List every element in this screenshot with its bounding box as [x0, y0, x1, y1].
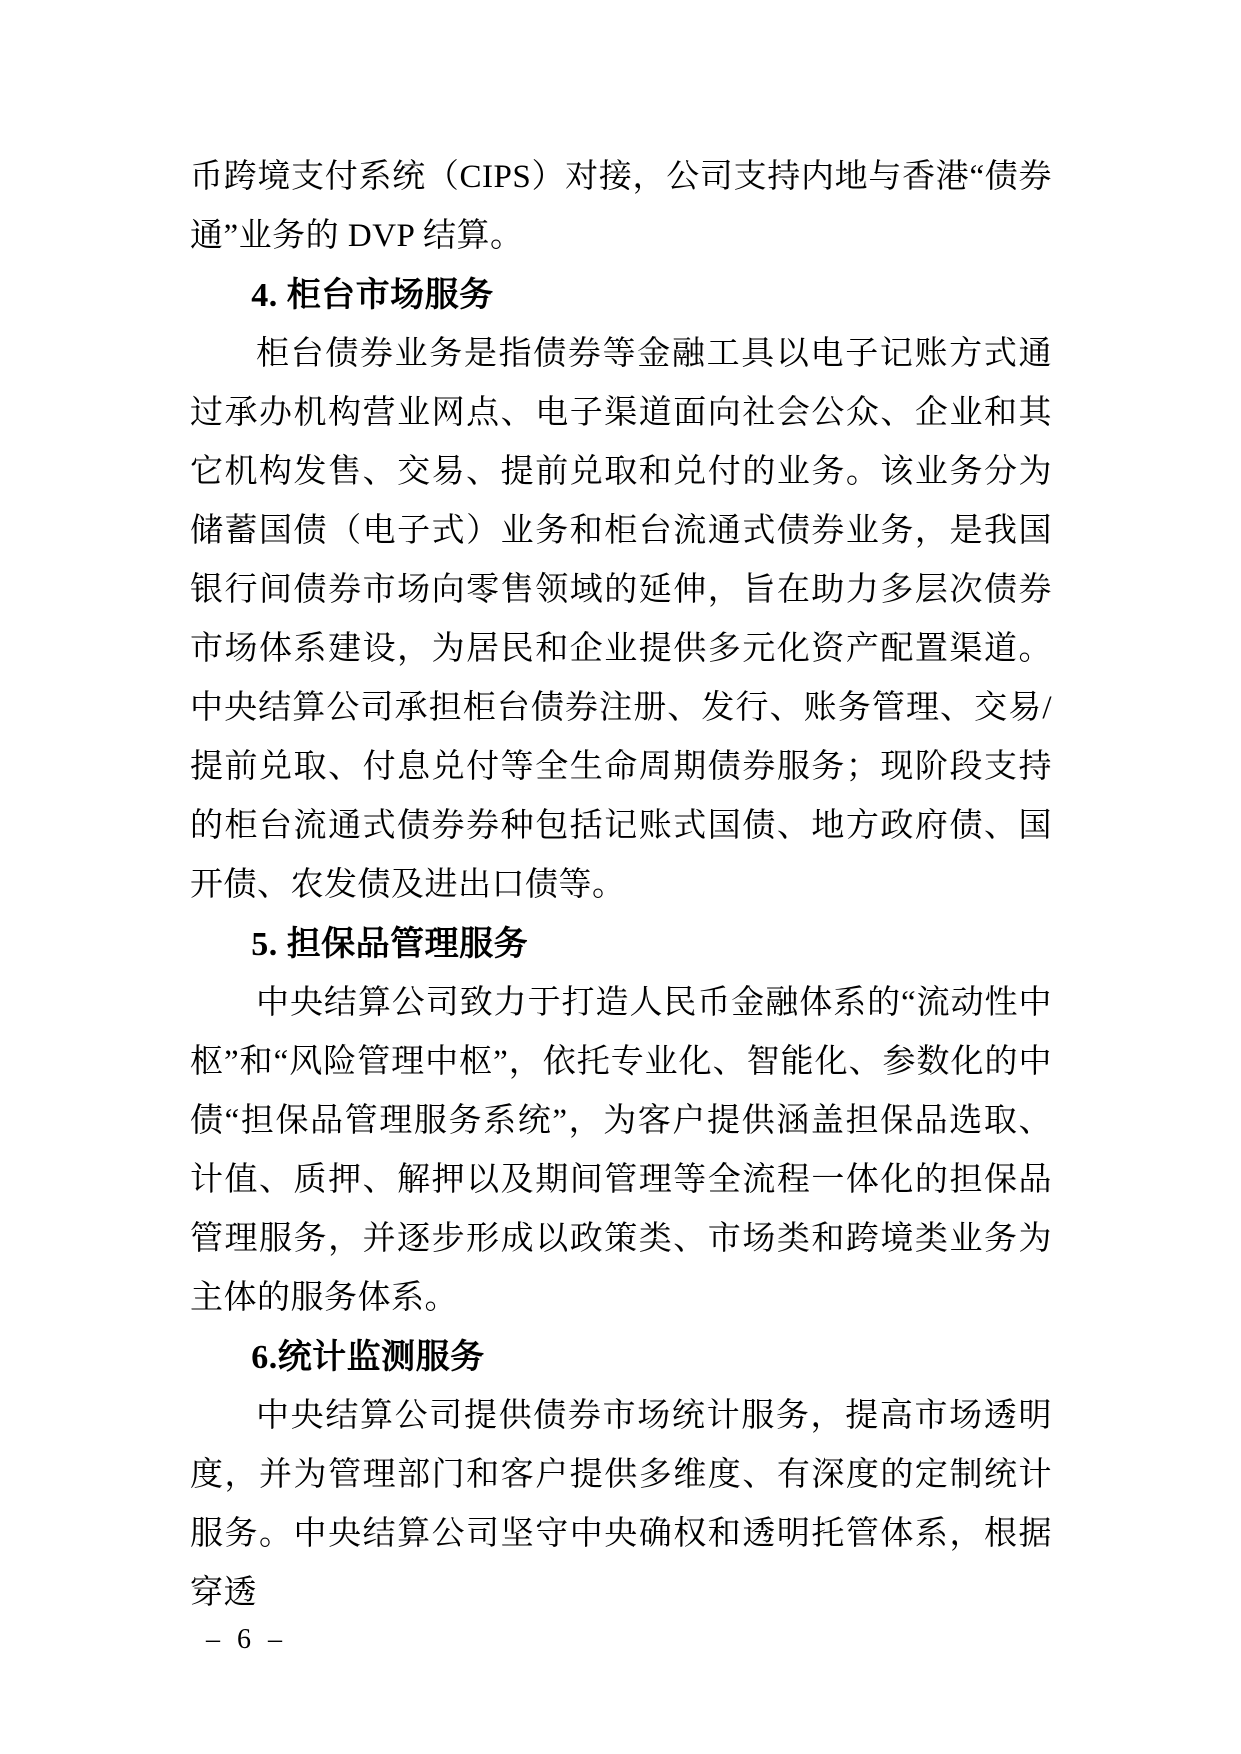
page-number: – 6 – — [206, 1624, 283, 1656]
paragraph-cips-dvp-continuation: 币跨境支付系统（CIPS）对接，公司支持内地与香港“债券通”业务的 DVP 结算… — [190, 148, 1052, 266]
section-6-body-paragraph: 中央结算公司提供债券市场统计服务，提高市场透明度，并为管理部门和客户提供多维度、… — [190, 1387, 1052, 1623]
section-heading-6-statistics-monitoring-services: 6.统计监测服务 — [190, 1328, 1052, 1387]
section-heading-5-collateral-management-services: 5. 担保品管理服务 — [190, 915, 1052, 974]
section-heading-4-counter-market-services: 4. 柜台市场服务 — [190, 266, 1052, 325]
page-content: 币跨境支付系统（CIPS）对接，公司支持内地与香港“债券通”业务的 DVP 结算… — [190, 148, 1052, 1623]
section-5-body-paragraph: 中央结算公司致力于打造人民币金融体系的“流动性中枢”和“风险管理中枢”，依托专业… — [190, 974, 1052, 1328]
section-4-body-paragraph: 柜台债券业务是指债券等金融工具以电子记账方式通过承办机构营业网点、电子渠道面向社… — [190, 325, 1052, 915]
document-page: 币跨境支付系统（CIPS）对接，公司支持内地与香港“债券通”业务的 DVP 结算… — [0, 0, 1241, 1754]
